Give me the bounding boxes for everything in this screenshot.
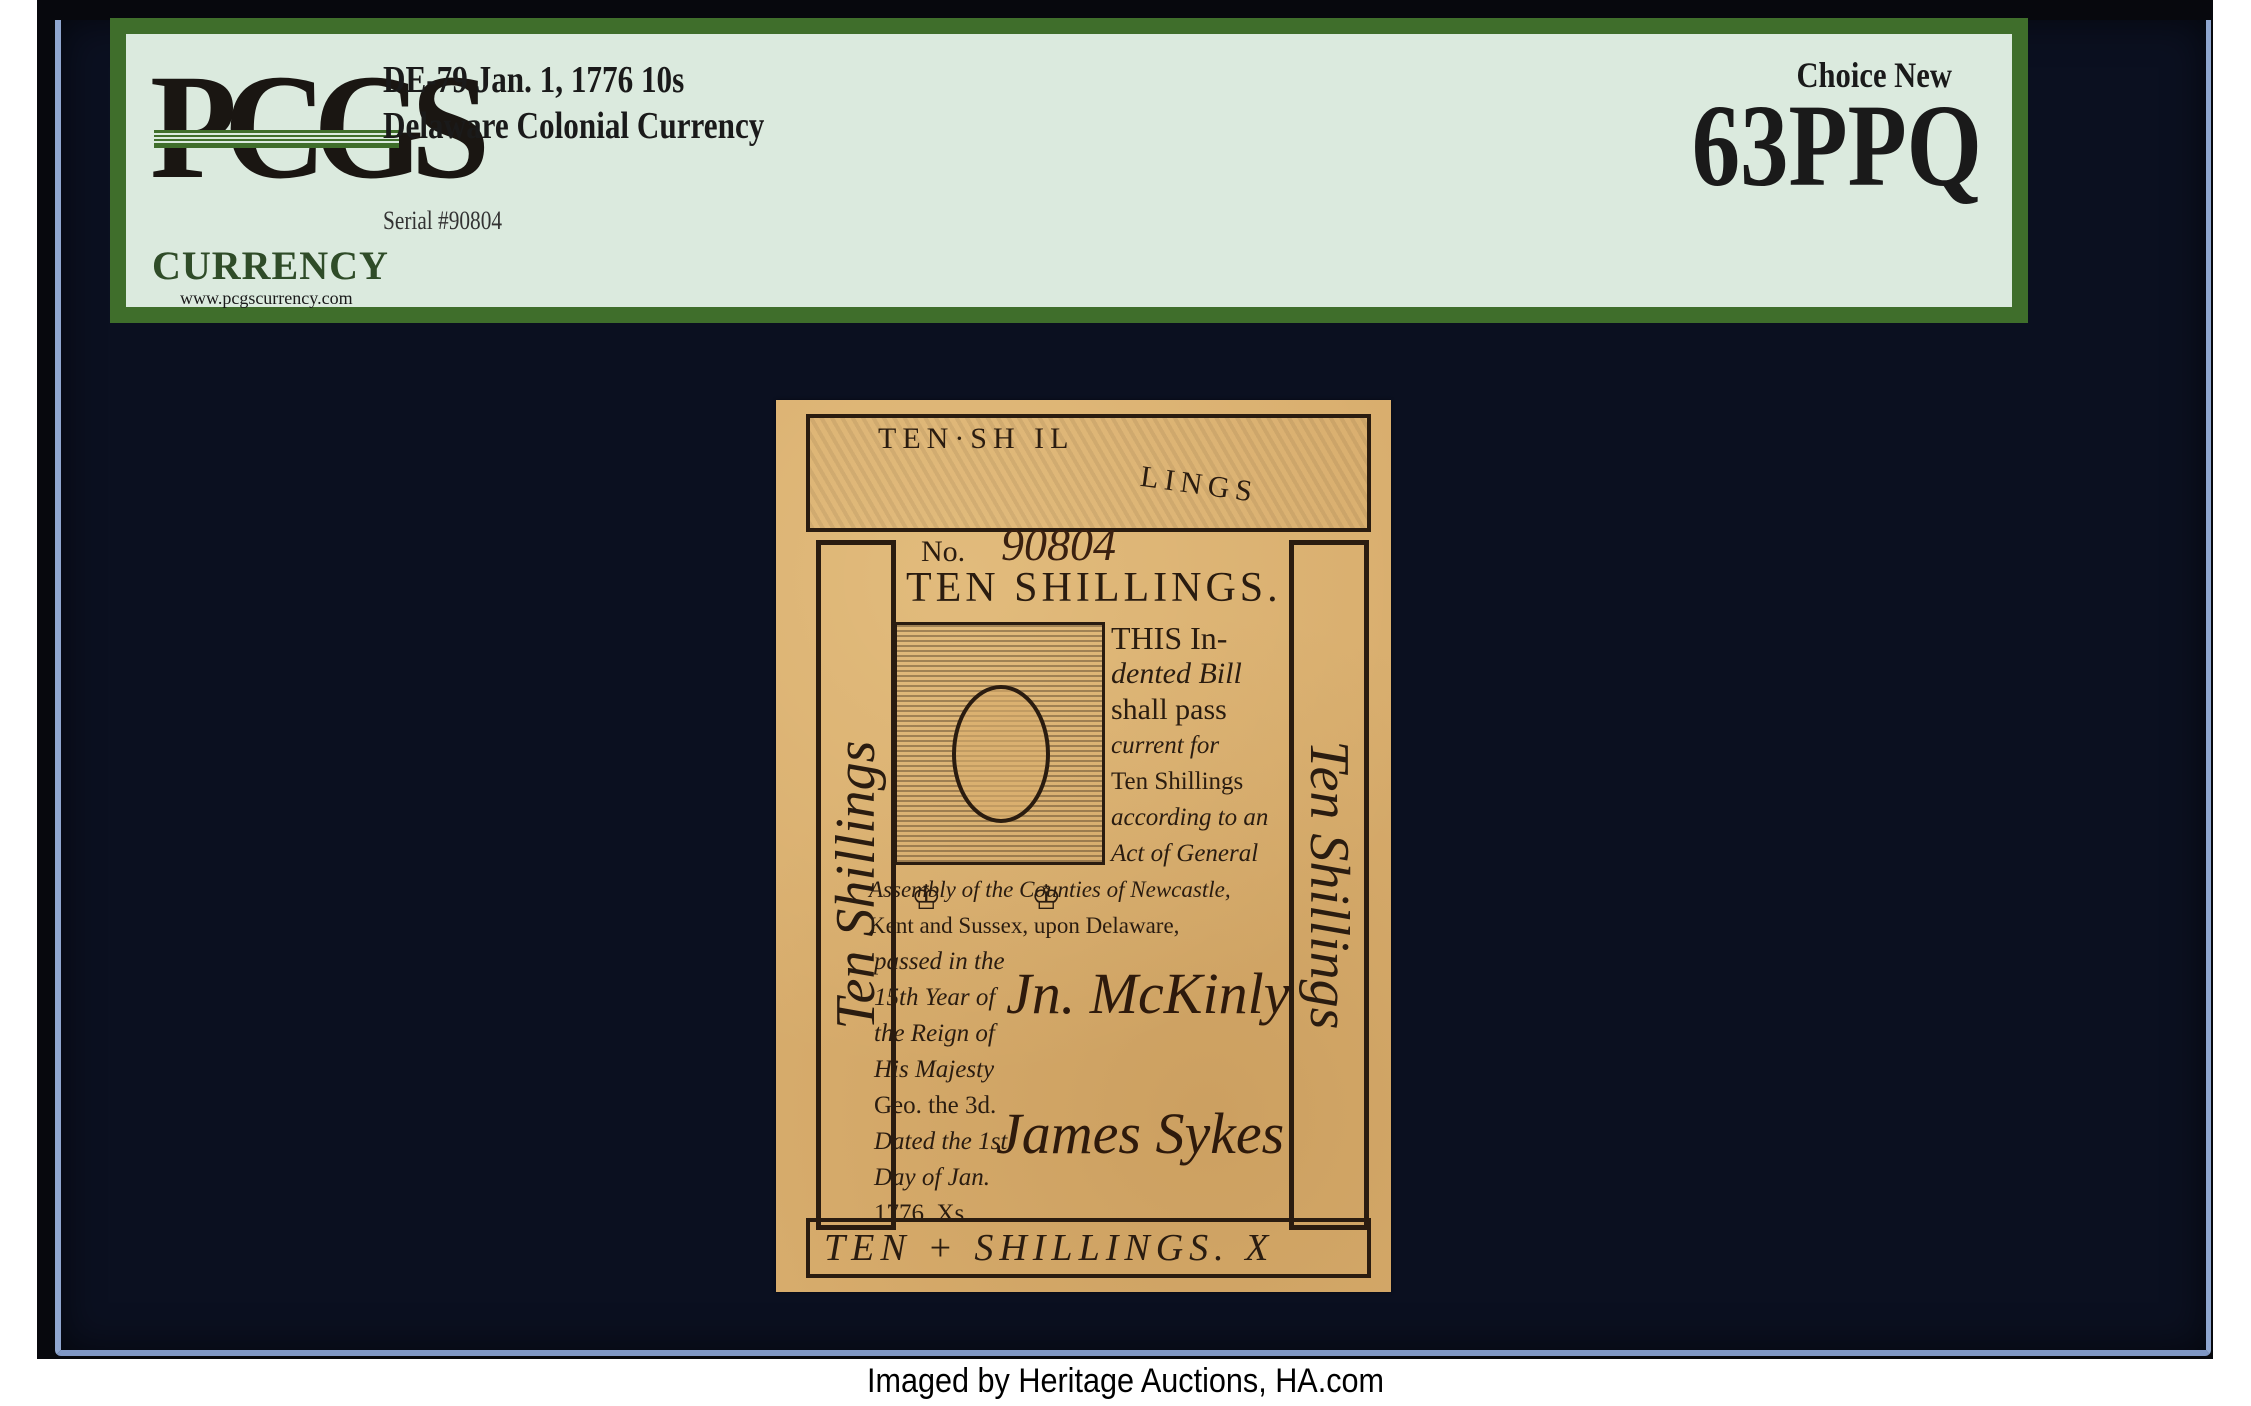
pcgs-logo: PCGS CURRENCY www.pcgscurrency.com — [146, 52, 396, 282]
grading-label: PCGS CURRENCY www.pcgscurrency.com DE-79… — [110, 18, 2028, 323]
logo-stripe — [154, 130, 399, 148]
note-top-band: TEN·SH IL LINGS — [806, 414, 1371, 532]
banknote: TEN·SH IL LINGS Ten Shillings Ten Shilli… — [776, 400, 1391, 1292]
serial-number: Serial #90804 — [383, 206, 502, 236]
note-heading: TEN SHILLINGS. — [906, 564, 1282, 612]
text-line: shall pass — [874, 692, 1321, 728]
signature-2: James Sykes — [996, 1100, 1284, 1167]
text-line: dented Bill — [874, 656, 1321, 692]
text-line: current for — [874, 728, 1321, 764]
note-subtitle: Delaware Colonial Currency — [383, 104, 764, 148]
note-title: DE-79 Jan. 1, 1776 10s — [383, 58, 684, 102]
grade-value: 63PPQ — [1692, 86, 1982, 206]
text-line: Kent and Sussex, upon Delaware, — [869, 908, 1321, 944]
logo-url: www.pcgscurrency.com — [180, 288, 353, 309]
text-line: according to an — [874, 800, 1321, 836]
label-panel: PCGS CURRENCY www.pcgscurrency.com DE-79… — [126, 34, 2012, 307]
image-credit: Imaged by Heritage Auctions, HA.com — [113, 1362, 2139, 1401]
text-line: Act of General — [874, 836, 1321, 872]
signature-1: Jn. McKinly — [1006, 960, 1289, 1027]
text-line: Ten Shillings — [874, 764, 1321, 800]
logo-currency-text: CURRENCY — [152, 242, 389, 289]
text-line: THIS In- — [874, 620, 1321, 656]
bottom-band-text: TEN + SHILLINGS. X — [824, 1226, 1274, 1270]
top-band-text-right: LINGS — [1138, 460, 1260, 510]
note-bottom-band: TEN + SHILLINGS. X — [806, 1218, 1371, 1278]
top-band-text-left: TEN·SH IL — [878, 422, 1074, 456]
text-line: Assembly of the Counties of Newcastle, — [869, 872, 1321, 908]
text-line: His Majesty — [874, 1052, 1321, 1088]
